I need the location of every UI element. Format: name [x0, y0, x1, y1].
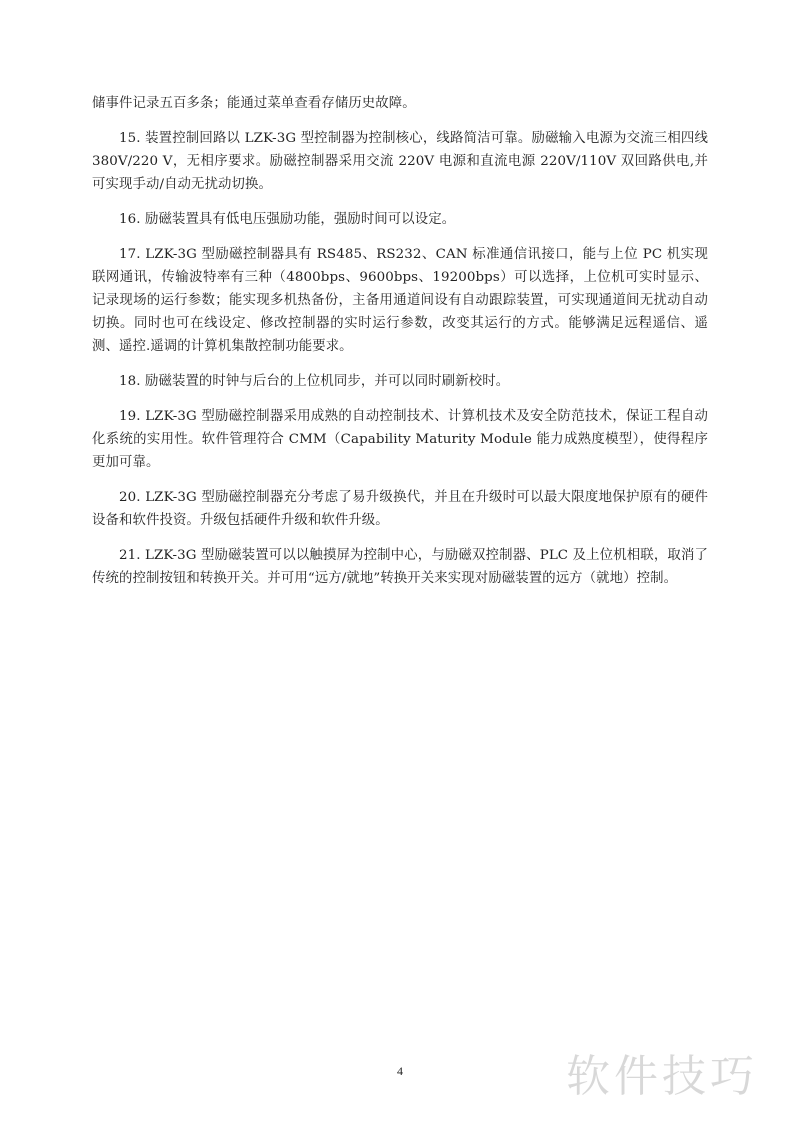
paragraph-text: LZK-3G 型励磁控制器采用成熟的自动控制技术、计算机技术及安全防范技术，保证… [92, 409, 708, 470]
paragraph-text: LZK-3G 型励磁装置可以以触摸屏为控制中心，与励磁双控制器、PLC 及上位机… [92, 548, 708, 586]
paragraph-text: 励磁装置具有低电压强励功能，强励时间可以设定。 [145, 212, 455, 227]
item-number: 21. [119, 548, 141, 563]
paragraph-text: LZK-3G 型励磁控制器具有 RS485、RS232、CAN 标准通信讯接口，… [92, 247, 708, 354]
paragraph-item-21: 21. LZK-3G 型励磁装置可以以触摸屏为控制中心，与励磁双控制器、PLC … [92, 544, 708, 590]
document-page: 储事件记录五百多条；能通过菜单查看存储历史故障。 15. 装置控制回路以 LZK… [92, 92, 708, 602]
paragraph-text: LZK-3G 型励磁控制器充分考虑了易升级换代，并且在升级时可以最大限度地保护原… [92, 490, 708, 528]
watermark-text: 软件技巧 [566, 1040, 758, 1104]
item-number: 17. [119, 247, 141, 262]
item-number: 15. [119, 131, 141, 146]
paragraph-item-17: 17. LZK-3G 型励磁控制器具有 RS485、RS232、CAN 标准通信… [92, 243, 708, 358]
paragraph-item-15: 15. 装置控制回路以 LZK-3G 型控制器为控制核心，线路简洁可靠。励磁输入… [92, 127, 708, 196]
paragraph-text: 装置控制回路以 LZK-3G 型控制器为控制核心，线路简洁可靠。励磁输入电源为交… [92, 131, 708, 192]
paragraph-text: 励磁装置的时钟与后台的上位机同步，并可以同时刷新校时。 [145, 374, 509, 389]
item-number: 20. [119, 490, 141, 505]
paragraph-text: 储事件记录五百多条；能通过菜单查看存储历史故障。 [92, 96, 416, 111]
item-number: 16. [119, 212, 141, 227]
paragraph-item-16: 16. 励磁装置具有低电压强励功能，强励时间可以设定。 [92, 208, 708, 231]
paragraph-item-18: 18. 励磁装置的时钟与后台的上位机同步，并可以同时刷新校时。 [92, 370, 708, 393]
paragraph-item-19: 19. LZK-3G 型励磁控制器采用成熟的自动控制技术、计算机技术及安全防范技… [92, 405, 708, 474]
paragraph-continuation: 储事件记录五百多条；能通过菜单查看存储历史故障。 [92, 92, 708, 115]
item-number: 18. [119, 374, 141, 389]
item-number: 19. [119, 409, 141, 424]
paragraph-item-20: 20. LZK-3G 型励磁控制器充分考虑了易升级换代，并且在升级时可以最大限度… [92, 486, 708, 532]
